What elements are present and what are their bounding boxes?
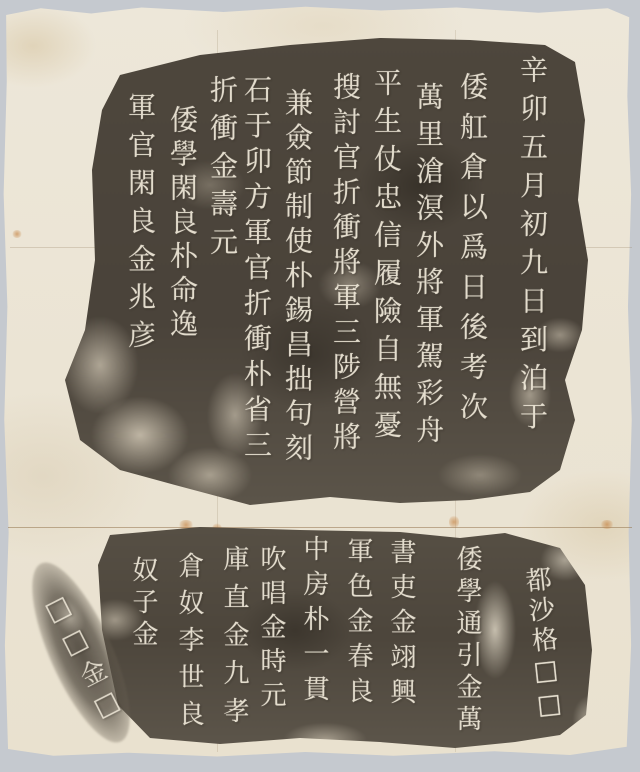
inscription-column: 倭學閑良朴命逸: [167, 105, 197, 343]
rust-stain: [12, 230, 22, 238]
inscription-column: 奴子金: [128, 556, 158, 652]
inscription-column: 兼僉節制使朴錫昌拙句刻: [282, 88, 312, 468]
inscription-column: 倉奴李世良: [174, 552, 204, 737]
rust-stain: [600, 520, 614, 529]
inscription-column: 倭舡倉以爲日後考次: [457, 72, 487, 432]
inscription-column: 中房朴一貫: [299, 535, 329, 710]
inscription-column: 萬里滄溟外將軍駕彩舟: [413, 82, 443, 452]
inscription-column: 折衝金壽元: [207, 75, 237, 265]
inscription-column: 吹唱金時元: [256, 545, 286, 715]
inscription-column: 石于卯方軍官折衝朴省三: [241, 75, 271, 466]
inscription-column: 辛卯五月初九日到泊于: [517, 55, 547, 440]
inscription-column: 軍色金春良: [343, 537, 373, 712]
inscription-column: 搜討官折衝將軍三陟營將: [330, 72, 360, 457]
inscription-column: 倭學通引金萬: [452, 545, 482, 737]
rust-stain: [449, 515, 459, 529]
inscription-column: 書吏金翊興: [386, 538, 416, 713]
inscription-column: 平生仗忠信履險自無憂: [371, 68, 401, 448]
inscription-column: 軍官閑良金兆彦: [125, 92, 155, 358]
inscription-column: 庫直金九孝: [219, 545, 249, 735]
